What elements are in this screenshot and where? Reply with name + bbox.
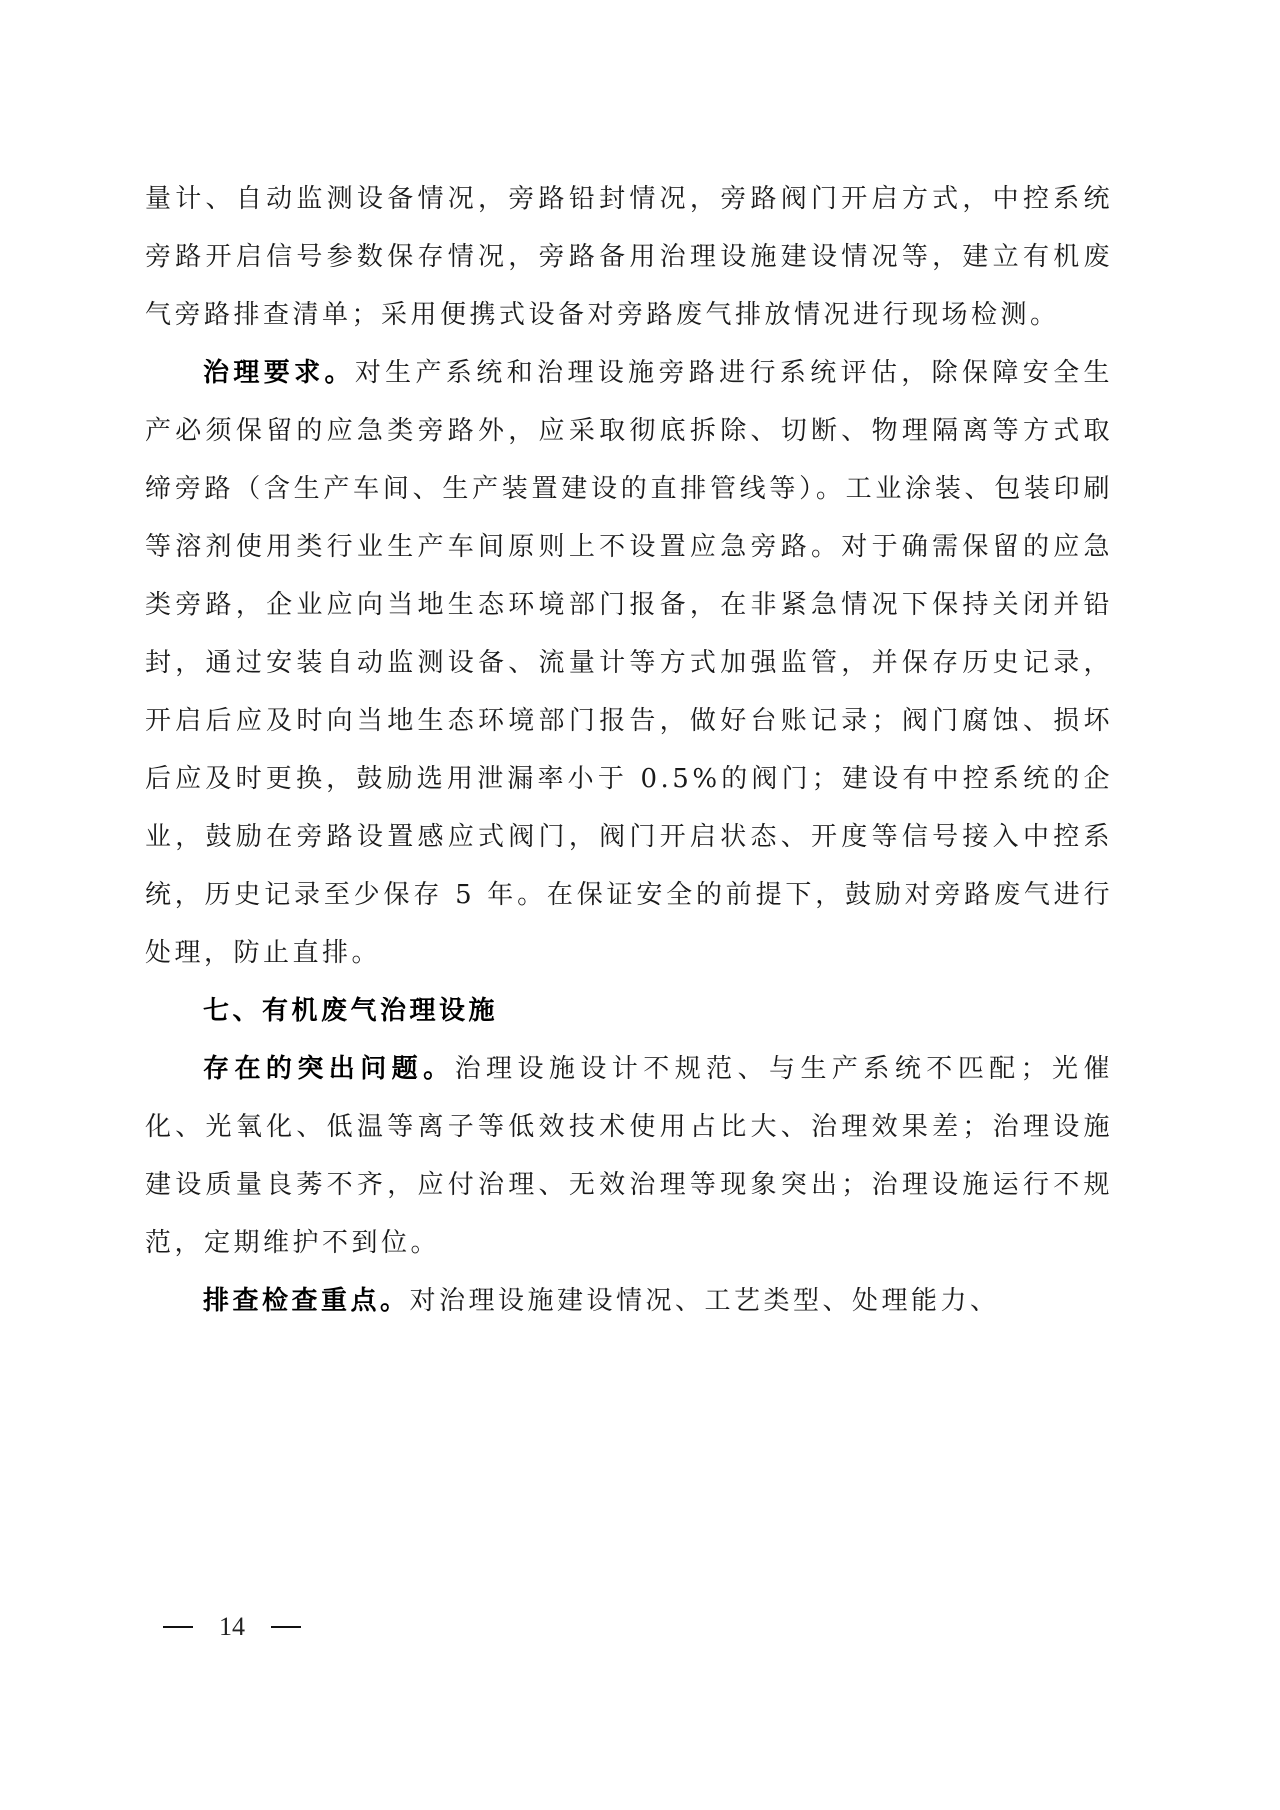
footer-dash-left (163, 1626, 193, 1628)
section-heading: 七、有机废气治理设施 (145, 982, 1113, 1040)
paragraph-text: 治理设施设计不规范、与生产系统不匹配；光催化、光氧化、低温等离子等低效技术使用占… (145, 1054, 1113, 1258)
paragraph-lead-heading: 排查检查重点。 (203, 1286, 410, 1316)
paragraph-text: 量计、自动监测设备情况，旁路铅封情况，旁路阀门开启方式，中控系统旁路开启信号参数… (145, 184, 1113, 330)
document-body: 量计、自动监测设备情况，旁路铅封情况，旁路阀门开启方式，中控系统旁路开启信号参数… (145, 170, 1113, 1330)
paragraph-text: 对生产系统和治理设施旁路进行系统评估，除保障安全生产必须保留的应急类旁路外，应采… (145, 358, 1113, 968)
footer-dash-right (271, 1626, 301, 1628)
paragraph-prominent-problems: 存在的突出问题。治理设施设计不规范、与生产系统不匹配；光催化、光氧化、低温等离子… (145, 1040, 1113, 1272)
paragraph-text: 对治理设施建设情况、工艺类型、处理能力、 (410, 1286, 1000, 1316)
document-page: 量计、自动监测设备情况，旁路铅封情况，旁路阀门开启方式，中控系统旁路开启信号参数… (0, 0, 1280, 1810)
paragraph-inspection-focus: 排查检查重点。对治理设施建设情况、工艺类型、处理能力、 (145, 1272, 1113, 1330)
paragraph-bypass-inspection: 量计、自动监测设备情况，旁路铅封情况，旁路阀门开启方式，中控系统旁路开启信号参数… (145, 170, 1113, 344)
page-number: 14 (219, 1612, 245, 1642)
paragraph-lead-heading: 存在的突出问题。 (203, 1054, 455, 1084)
page-footer: 14 (163, 1612, 301, 1642)
paragraph-governance-requirements: 治理要求。对生产系统和治理设施旁路进行系统评估，除保障安全生产必须保留的应急类旁… (145, 344, 1113, 982)
paragraph-lead-heading: 治理要求。 (203, 358, 355, 388)
